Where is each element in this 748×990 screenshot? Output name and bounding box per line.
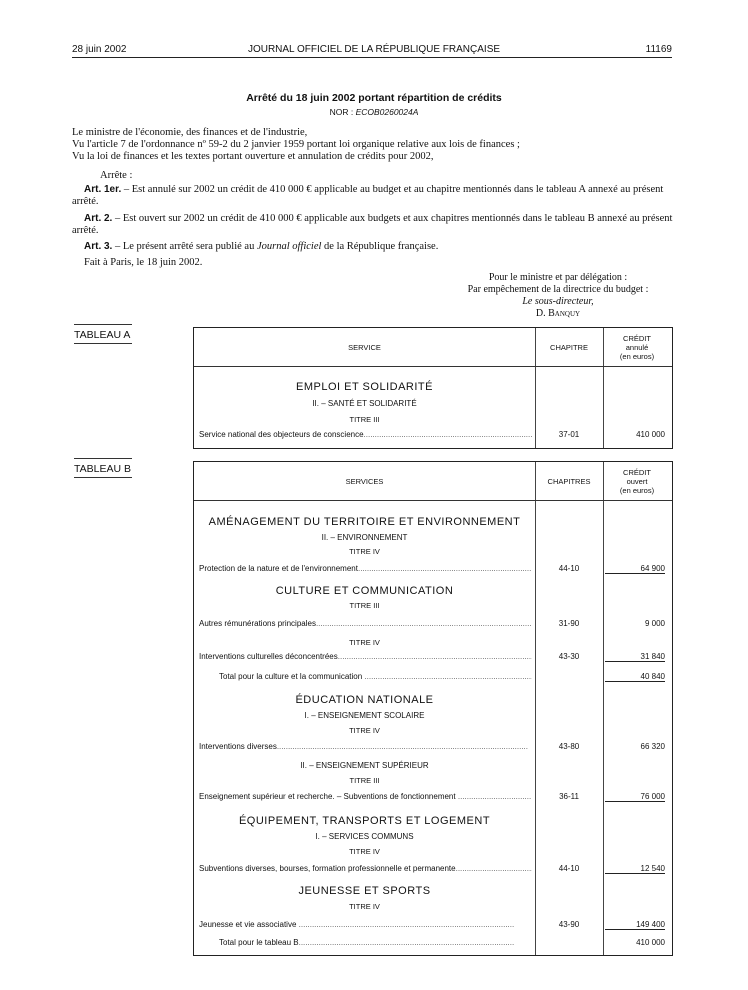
header-credit: CRÉDIT annulé (en euros) xyxy=(603,328,671,366)
nor-code: ECOB0260024A xyxy=(356,107,419,117)
done-at: Fait à Paris, le 18 juin 2002. xyxy=(72,257,676,269)
arrete-heading: Arrête : xyxy=(100,170,704,182)
titre-heading: TITRE III xyxy=(194,414,535,426)
tableau-a-label: TABLEAU A xyxy=(74,324,132,344)
ministry-heading: JEUNESSE ET SPORTS xyxy=(194,885,535,897)
preamble-line: Vu l'article 7 de l'ordonnance nº 59-2 d… xyxy=(72,139,676,151)
titre-heading: TITRE IV xyxy=(194,637,535,649)
titre-heading: TITRE IV xyxy=(194,725,535,737)
table-row: Protection de la nature et de l'environn… xyxy=(194,564,672,576)
header-chapitre: CHAPITRE xyxy=(535,328,603,366)
titre-heading: TITRE IV xyxy=(194,546,535,558)
titre-heading: TITRE IV xyxy=(194,901,535,913)
header-services: SERVICES xyxy=(194,462,535,500)
header-chapitres: CHAPITRES xyxy=(535,462,603,500)
section-heading: II. – ENVIRONNEMENT xyxy=(194,532,535,544)
nor-reference: NOR : ECOB0260024A xyxy=(0,107,748,117)
header-credit: CRÉDIT ouvert (en euros) xyxy=(603,462,671,500)
journal-title: JOURNAL OFFICIEL DE LA RÉPUBLIQUE FRANÇA… xyxy=(0,44,748,55)
table-row: Autres rémunérations principales........… xyxy=(194,619,672,631)
section-heading: II. – ENSEIGNEMENT SUPÉRIEUR xyxy=(194,760,535,772)
article-2: Art. 2. – Est ouvert sur 2002 un crédit … xyxy=(72,213,676,237)
table-row: Jeunesse et vie associative ............… xyxy=(194,920,672,932)
tableau-a-header: SERVICE CHAPITRE CRÉDIT annulé (en euros… xyxy=(194,328,672,367)
tableau-b-header: SERVICES CHAPITRES CRÉDIT ouvert (en eur… xyxy=(194,462,672,501)
article-3: Art. 3. – Le présent arrêté sera publié … xyxy=(72,241,676,253)
signature-block: Pour le ministre et par délégation : Par… xyxy=(420,272,696,320)
table-row: Interventions culturelles déconcentrées.… xyxy=(194,652,672,664)
titre-heading: TITRE III xyxy=(194,775,535,787)
table-row: Interventions diverses..................… xyxy=(194,742,672,754)
tableau-b: SERVICES CHAPITRES CRÉDIT ouvert (en eur… xyxy=(193,461,673,956)
ministry-heading: EMPLOI ET SOLIDARITÉ xyxy=(194,381,535,393)
ministry-heading: ÉQUIPEMENT, TRANSPORTS ET LOGEMENT xyxy=(194,815,535,827)
article-1: Art. 1er. – Est annulé sur 2002 un crédi… xyxy=(72,184,676,208)
page-number: 11169 xyxy=(646,44,672,55)
decree-title: Arrêté du 18 juin 2002 portant répartiti… xyxy=(0,92,748,104)
preamble-line: Le ministre de l'économie, des finances … xyxy=(72,127,676,139)
section-heading: II. – SANTÉ ET SOLIDARITÉ xyxy=(194,398,535,410)
preamble-line: Vu la loi de finances et les textes port… xyxy=(72,151,676,163)
subtotal-row: Total pour la culture et la communicatio… xyxy=(194,672,672,684)
section-heading: I. – SERVICES COMMUNS xyxy=(194,831,535,843)
table-row: Service national des objecteurs de consc… xyxy=(194,430,672,442)
tableau-b-label: TABLEAU B xyxy=(74,458,132,478)
ministry-heading: CULTURE ET COMMUNICATION xyxy=(194,585,535,597)
tableau-a: SERVICE CHAPITRE CRÉDIT annulé (en euros… xyxy=(193,327,673,449)
ministry-heading: ÉDUCATION NATIONALE xyxy=(194,694,535,706)
grand-total-row: Total pour le tableau B.................… xyxy=(194,938,672,950)
signatory-name: D. Banquy xyxy=(420,308,696,320)
header-rule xyxy=(72,57,672,58)
table-row: Subventions diverses, bourses, formation… xyxy=(194,864,672,876)
section-heading: I. – ENSEIGNEMENT SCOLAIRE xyxy=(194,710,535,722)
header-service: SERVICE xyxy=(194,328,535,366)
ministry-heading: AMÉNAGEMENT DU TERRITOIRE ET ENVIRONNEME… xyxy=(194,516,535,528)
titre-heading: TITRE III xyxy=(194,600,535,612)
table-row: Enseignement supérieur et recherche. – S… xyxy=(194,792,672,804)
preamble: Le ministre de l'économie, des finances … xyxy=(72,127,676,163)
titre-heading: TITRE IV xyxy=(194,846,535,858)
